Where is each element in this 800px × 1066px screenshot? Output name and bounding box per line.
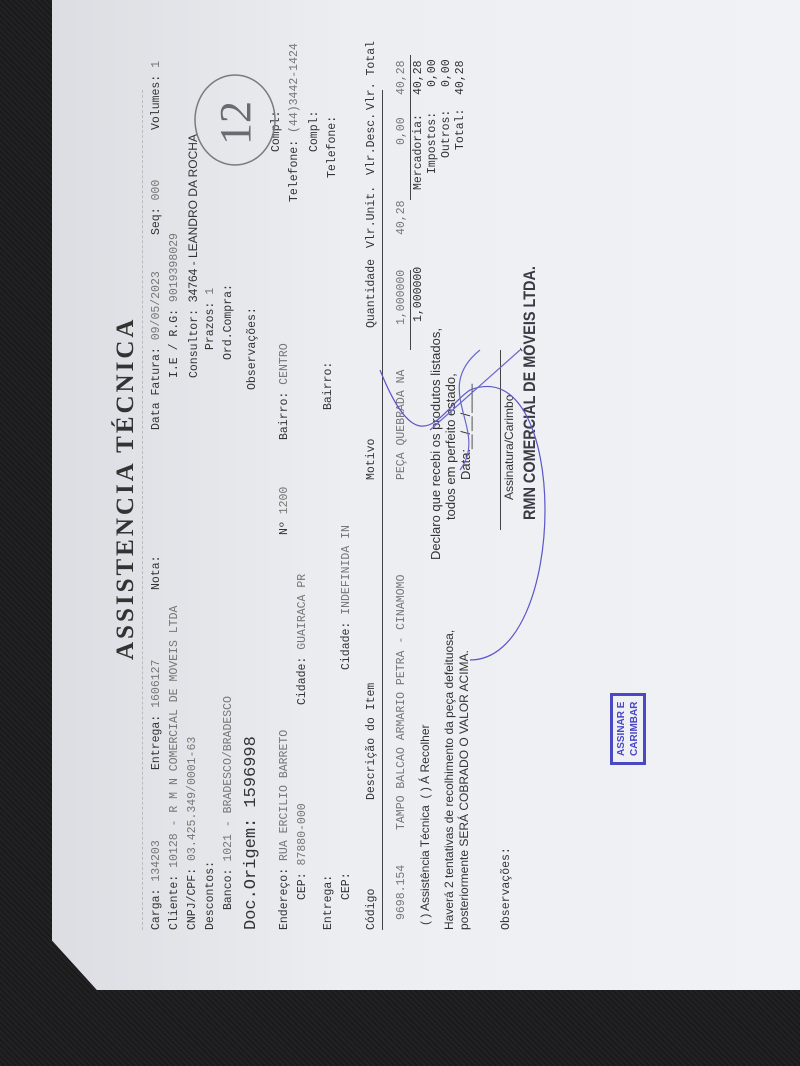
col-quantidade: Quantidade bbox=[365, 259, 378, 328]
row-descricao: TAMPO BALCAO ARMARIO PETRA - CINAMOMO bbox=[395, 575, 408, 830]
assinar-carimbar-stamp: ASSINAR E CARIMBAR bbox=[610, 693, 646, 765]
col-vlr-total: Vlr. Total bbox=[365, 41, 378, 110]
col-vlr-desc: Vlr.Desc. bbox=[365, 113, 378, 175]
company-name: RMN COMERCIAL DE MÓVEIS LTDA. bbox=[520, 266, 540, 520]
row-motivo: PEÇA QUEBRADA NA bbox=[395, 370, 408, 480]
declaration-line-2: todos em perfeito estado, bbox=[443, 373, 458, 520]
qty-total: 1,000000 bbox=[412, 267, 425, 322]
totals-rule bbox=[410, 55, 411, 200]
row-vlr-total: 40,28 bbox=[395, 60, 408, 95]
numero-field: Nº 1200 bbox=[278, 487, 291, 535]
volumes-field: Volumes: 1 bbox=[150, 61, 163, 130]
carga-field: Carga: 134203 bbox=[150, 840, 163, 930]
row-vlr-unit: 40,28 bbox=[395, 200, 408, 235]
total-outros-label: Outros: bbox=[440, 110, 453, 158]
table-header-rule bbox=[382, 90, 383, 930]
assistencia-checkbox[interactable]: ( ) Assistência Técnica ( ) Á Recolher bbox=[418, 724, 432, 925]
declaration-line-1: Declaro que recebi os produtos listados, bbox=[428, 328, 443, 560]
cidade-field: Cidade: GUAIRACA PR bbox=[296, 574, 309, 705]
bairro-field: Bairro: CENTRO bbox=[278, 343, 291, 440]
compl2-field: Compl: bbox=[308, 111, 321, 152]
total-outros-value: 0,00 bbox=[440, 59, 453, 87]
consultor-field: Consultor: 34764 - LEANDRO DA ROCHA bbox=[186, 134, 201, 378]
total-total-label: Total: bbox=[454, 109, 467, 150]
bairro2-field: Bairro: bbox=[322, 362, 335, 410]
telefone2-field: Telefone: bbox=[326, 116, 339, 178]
entrega-field: Entrega: 1606127 bbox=[150, 660, 163, 770]
cidade2-field: Cidade: INDEFINIDA IN bbox=[340, 525, 353, 670]
cep2-field: CEP: bbox=[340, 872, 353, 900]
col-codigo: Código bbox=[365, 889, 378, 930]
nota-field: Nota: bbox=[150, 555, 163, 590]
total-impostos-value: 0,00 bbox=[426, 59, 439, 87]
prazos-field: Prazos: 1 bbox=[204, 288, 217, 350]
total-impostos-label: Impostos: bbox=[426, 112, 439, 174]
row-codigo: 9698.154 bbox=[395, 865, 408, 920]
doc-origem-field: Doc.Origem: 1596998 bbox=[242, 736, 261, 930]
row-vlr-desc: 0,00 bbox=[395, 117, 408, 145]
row-quantidade: 1,000000 bbox=[395, 270, 408, 325]
cep-field: CEP: 87880-000 bbox=[296, 803, 309, 900]
assistencia-tecnica-document: ASSISTENCIA TÉCNICA Carga: 134203 Entreg… bbox=[50, 50, 750, 990]
title-divider bbox=[142, 90, 143, 930]
observacoes-header-field: Observações: bbox=[246, 307, 259, 390]
data-fatura-field: Data Fatura: 09/05/2023 bbox=[150, 271, 163, 430]
total-total-value: 40,28 bbox=[454, 60, 467, 95]
telefone-field: Telefone: (44)3442-1424 bbox=[288, 43, 301, 202]
notice-line-1: Haverá 2 tentativas de recolhimento da p… bbox=[442, 630, 456, 930]
observacoes-footer-label: Observações: bbox=[500, 847, 513, 930]
signature-label: Assinatura/Carimbo bbox=[502, 395, 516, 500]
total-mercadoria-value: 40,28 bbox=[412, 60, 425, 95]
col-motivo: Motivo bbox=[365, 439, 378, 480]
cliente-field: Cliente: 10128 - R M N COMERCIAL DE MOVE… bbox=[168, 606, 181, 930]
handwritten-circle bbox=[195, 75, 275, 165]
entrega-address-field: Entrega: bbox=[322, 875, 335, 930]
ie-field: I.E / R.G: 9019398029 bbox=[168, 233, 181, 378]
document-title: ASSISTENCIA TÉCNICA bbox=[112, 317, 140, 660]
signature-line bbox=[500, 350, 501, 530]
banco-field: Banco: 1021 - BRADESCO/BRADESCO bbox=[222, 696, 235, 910]
col-vlr-unit: Vlr.Unit. bbox=[365, 186, 378, 248]
handwritten-number: 12 bbox=[211, 101, 260, 145]
compl-field: Compl: bbox=[270, 111, 283, 152]
ord-compra-field: Ord.Compra: bbox=[222, 284, 235, 360]
declaration-date[interactable]: Data:__/__/____ bbox=[458, 384, 473, 480]
recolher-checkbox[interactable]: ( ) Á Recolher bbox=[418, 724, 432, 798]
endereco-field: Endereço: RUA ERCILIO BARRETO bbox=[278, 730, 291, 930]
total-mercadoria-label: Mercadoria: bbox=[412, 114, 425, 190]
qty-total-rule bbox=[410, 270, 411, 350]
notice-line-2: posteriormente SERÁ COBRADO O VALOR ACIM… bbox=[457, 650, 471, 930]
col-descricao: Descrição do Item bbox=[365, 683, 378, 800]
seq-field: Seq: 000 bbox=[150, 180, 163, 235]
descontos-field: Descontos: bbox=[204, 861, 217, 930]
cnpj-field: CNPJ/CPF: 03.425.349/0001-63 bbox=[186, 737, 199, 930]
